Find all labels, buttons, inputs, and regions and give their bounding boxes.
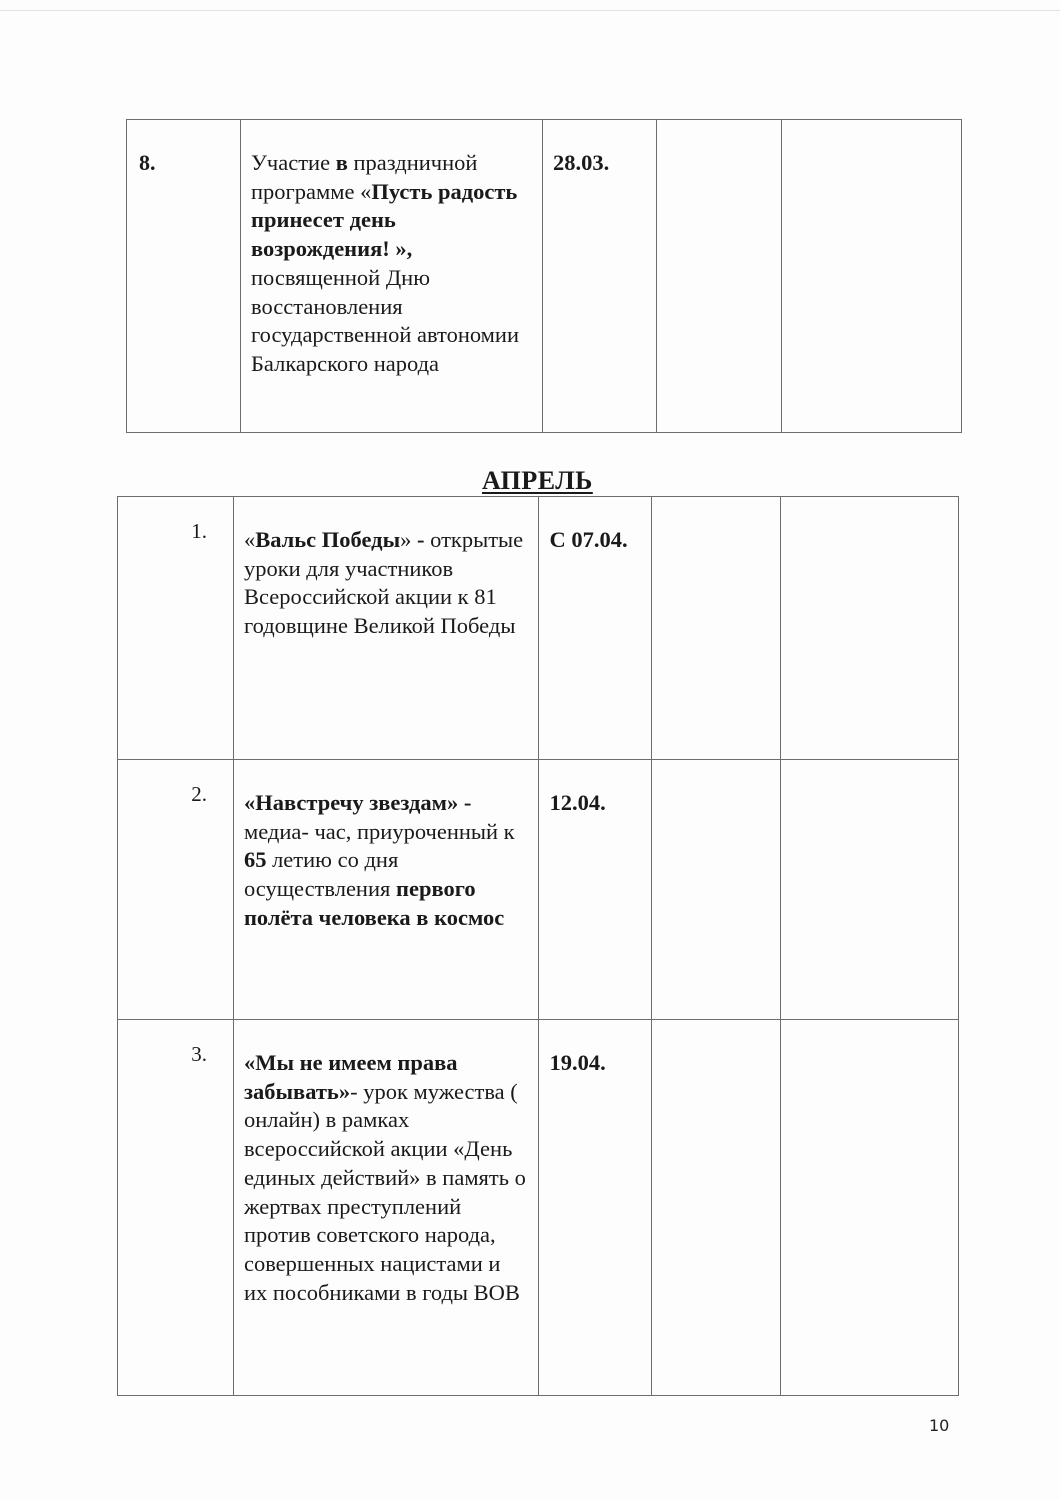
event-date: 28.03.	[543, 120, 657, 433]
event-description: «Мы не имеем права забывать»- урок мужес…	[233, 1020, 539, 1396]
row-number: 1.	[118, 497, 234, 760]
event-description: «Навстречу звездам» - медиа- час, приуро…	[233, 760, 539, 1020]
page-number: 10	[929, 1416, 949, 1435]
row-number: 8.	[127, 120, 241, 433]
row-number: 3.	[118, 1020, 234, 1396]
row-number: 2.	[118, 760, 234, 1020]
page-top-edge	[0, 10, 1060, 11]
empty-cell	[652, 497, 781, 760]
event-description: «Вальс Победы» - открытые уроки для учас…	[233, 497, 539, 760]
empty-cell	[781, 497, 959, 760]
table-row: 1. «Вальс Победы» - открытые уроки для у…	[118, 497, 959, 760]
empty-cell	[781, 1020, 959, 1396]
event-date: С 07.04.	[539, 497, 652, 760]
empty-cell	[782, 120, 962, 433]
march-events-table: 8. Участие в праздничной программе «Пуст…	[126, 119, 962, 433]
empty-cell	[657, 120, 782, 433]
event-date: 19.04.	[539, 1020, 652, 1396]
april-events-table: 1. «Вальс Победы» - открытые уроки для у…	[117, 496, 959, 1396]
month-heading: АПРЕЛЬ	[482, 466, 593, 496]
empty-cell	[652, 1020, 781, 1396]
event-date: 12.04.	[539, 760, 652, 1020]
table-row: 8. Участие в праздничной программе «Пуст…	[127, 120, 962, 433]
table-row: 2. «Навстречу звездам» - медиа- час, при…	[118, 760, 959, 1020]
empty-cell	[652, 760, 781, 1020]
event-description: Участие в праздничной программе «Пусть р…	[241, 120, 543, 433]
empty-cell	[781, 760, 959, 1020]
table-row: 3. «Мы не имеем права забывать»- урок му…	[118, 1020, 959, 1396]
